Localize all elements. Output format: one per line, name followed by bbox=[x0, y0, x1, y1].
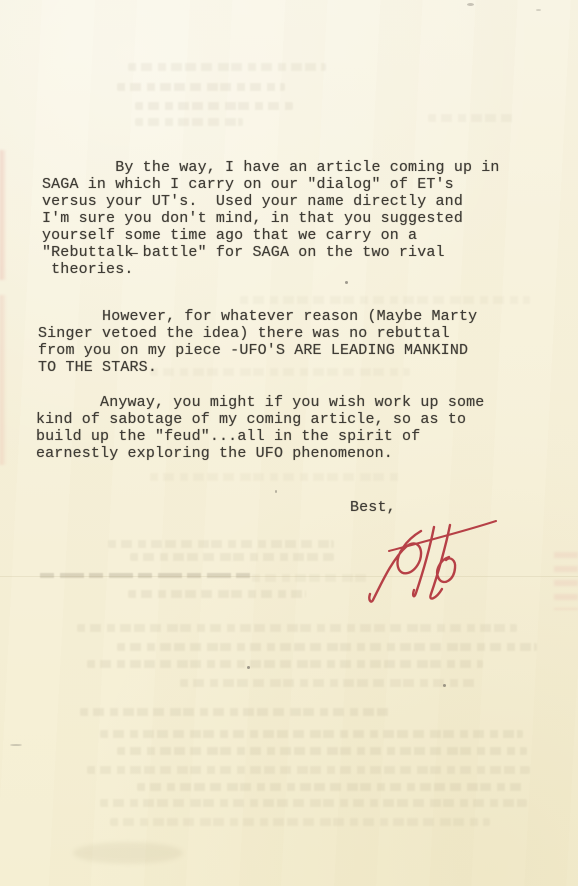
letter-paragraph-2: However, for whatever reason (Maybe Mart… bbox=[38, 308, 477, 376]
paper-smudge bbox=[73, 842, 183, 864]
paper-speck bbox=[247, 666, 250, 669]
bleed-through-line bbox=[240, 296, 530, 304]
letter-paragraph-1: By the way, I have an article coming up … bbox=[42, 159, 500, 278]
bleed-through-line bbox=[117, 747, 527, 755]
bleed-through-line bbox=[100, 730, 523, 738]
bleed-through-line bbox=[128, 63, 326, 71]
bleed-through-line bbox=[135, 118, 243, 126]
scan-edge-tint bbox=[554, 552, 578, 610]
bleed-through-line bbox=[128, 590, 306, 598]
bleed-through-line bbox=[137, 783, 527, 791]
paper-speck bbox=[443, 684, 446, 687]
bleed-through-line bbox=[100, 799, 527, 807]
letter-page: By the way, I have an article coming up … bbox=[0, 0, 578, 886]
bleed-through-line bbox=[150, 473, 400, 481]
paper-speck bbox=[275, 490, 277, 493]
paper-speck bbox=[345, 281, 348, 284]
paper-speck bbox=[536, 9, 541, 11]
signature-otto bbox=[285, 505, 500, 630]
letter-paragraph-3: Anyway, you might if you wish work up so… bbox=[36, 394, 484, 462]
bleed-through-line bbox=[110, 818, 490, 826]
bleed-through-line bbox=[117, 643, 537, 651]
bleed-through-line bbox=[428, 114, 516, 122]
scan-edge-tint bbox=[0, 295, 7, 465]
bleed-through-line bbox=[135, 102, 293, 110]
bleed-through-line bbox=[117, 83, 285, 91]
bleed-through-line bbox=[87, 660, 483, 668]
scan-edge-tint bbox=[0, 150, 7, 280]
paper-speck bbox=[10, 744, 22, 746]
bleed-through-line bbox=[180, 679, 477, 687]
bleed-through-line bbox=[87, 766, 530, 774]
paper-speck bbox=[467, 3, 474, 6]
bleed-through-line bbox=[80, 708, 393, 716]
